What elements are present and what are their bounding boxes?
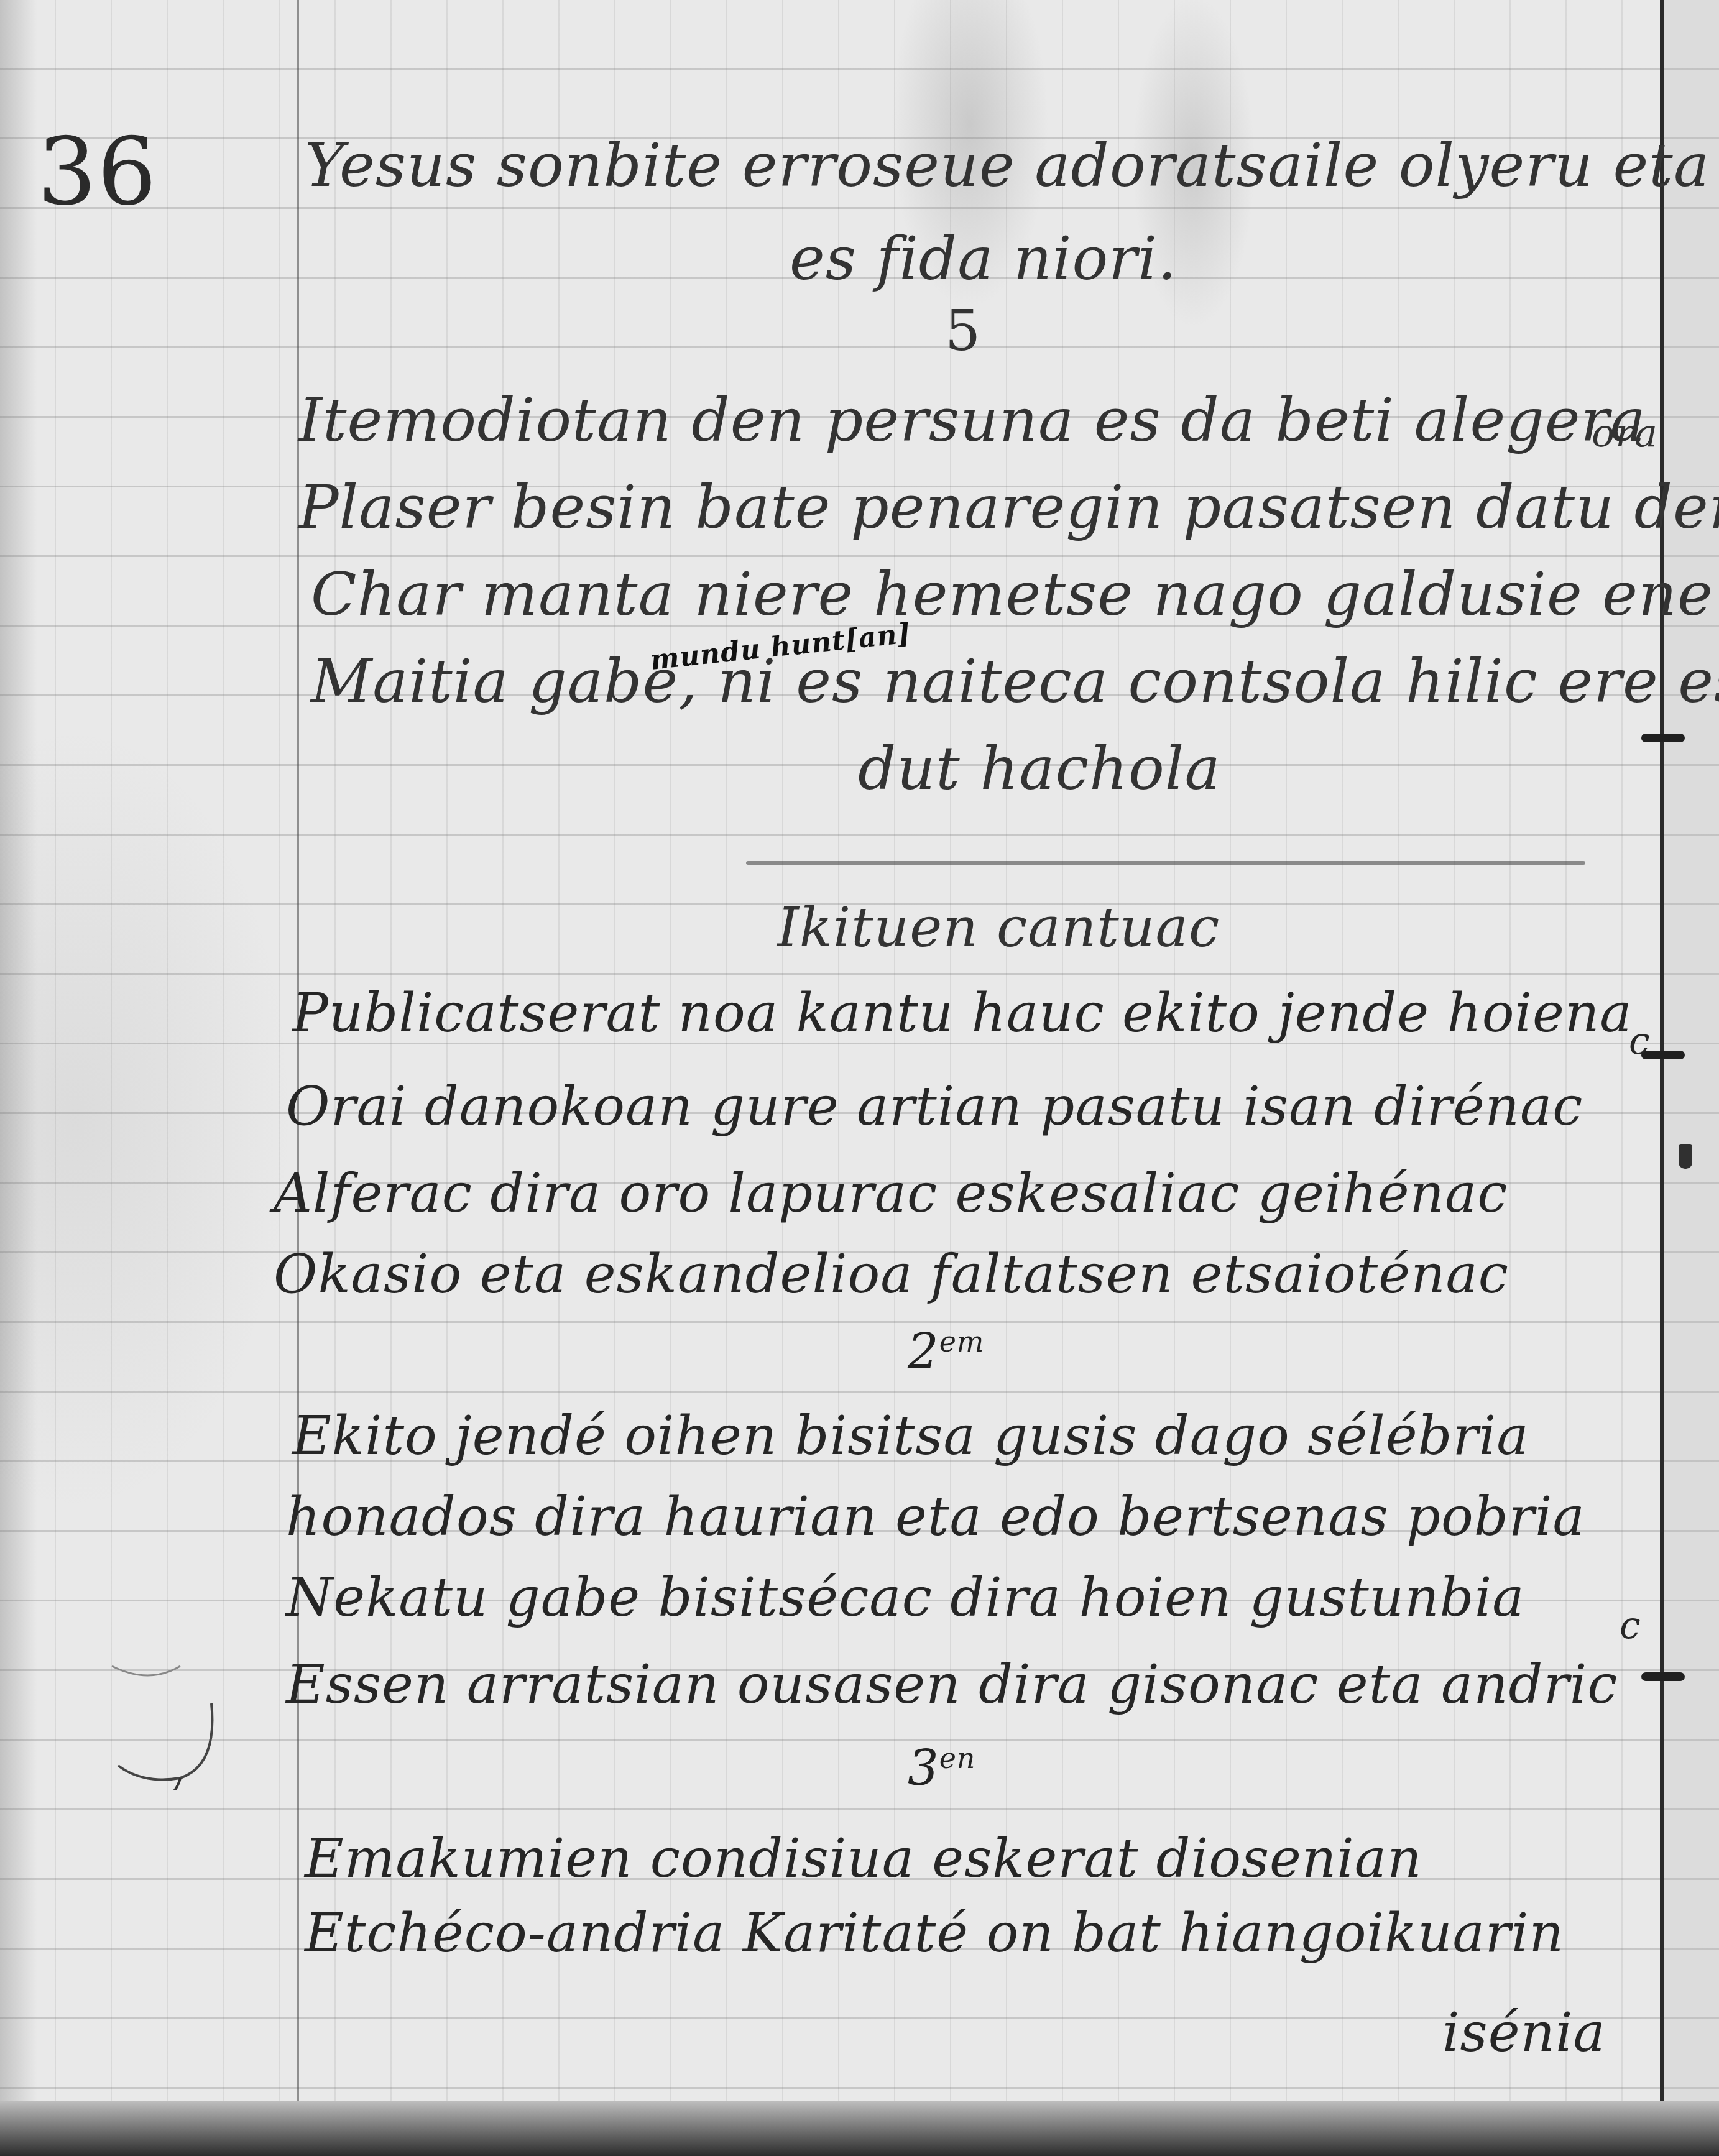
- notebook-page: 36 Yesus sonbite erroseue adoratsaile ol…: [0, 0, 1719, 2156]
- song2-verse1-line-3: Alferac dira oro lapurac eskesaliac geih…: [274, 1163, 1508, 1225]
- song2-verse2-tail: c: [1620, 1604, 1641, 1647]
- song2-verse1-tail: c: [1629, 1020, 1651, 1063]
- section-divider: [746, 861, 1585, 865]
- margin-doodle-icon: [75, 1641, 224, 1790]
- verse-3-marker: 3en: [908, 1741, 976, 1797]
- song1-line-3: Char manta niere hemetse nago galdusie e…: [311, 560, 1719, 629]
- verse-3-number: 3: [908, 1741, 939, 1797]
- verse-2-marker: 2em: [908, 1324, 984, 1380]
- song2-verse3-line-1: Emakumien condisiua eskerat diosenian: [305, 1828, 1422, 1890]
- notebook-spine: [1660, 0, 1664, 2156]
- page-bottom-edge: [0, 2101, 1719, 2156]
- facing-page-edge: [1664, 0, 1719, 2156]
- verse-2-ordinal: em: [939, 1325, 985, 1358]
- song2-verse1-line-2: Orai danokoan gure artian pasatu isan di…: [286, 1076, 1583, 1138]
- song1-line-5: dut hachola: [858, 734, 1221, 803]
- song2-verse1-line-4: Okasio eta eskandelioa faltatsen etsaiot…: [274, 1243, 1509, 1306]
- stanza-number: 5: [945, 298, 981, 364]
- song2-verse2-line-4: Essen arratsian ousasen dira gisonac eta…: [286, 1654, 1618, 1716]
- binding-stitch: [1641, 1672, 1685, 1681]
- song1-title-line2: es fida niori.: [790, 224, 1177, 293]
- page-number: 36: [37, 118, 157, 226]
- verse-3-ordinal: en: [939, 1741, 976, 1775]
- binding-stitch: [1641, 734, 1685, 742]
- song1-line-2: Plaser besin bate penaregin pasatsen dat…: [298, 472, 1719, 542]
- song2-verse3-line-3: isénia: [1442, 2002, 1606, 2064]
- song2-verse2-line-2: honados dira haurian eta edo bertsenas p…: [286, 1486, 1585, 1548]
- song1-line-1: Itemodiotan den persuna es da beti alege…: [298, 385, 1646, 455]
- song2-verse2-line-1: Ekito jendé oihen bisitsa gusis dago sél…: [292, 1405, 1529, 1467]
- margin-note-right: ora: [1592, 410, 1658, 456]
- song2-verse2-line-3: Nekatu gabe bisitsécac dira hoien gustun…: [286, 1567, 1524, 1629]
- song2-title: Ikituen cantuac: [777, 895, 1220, 959]
- song1-line-4: Maitia gabe, ni es naiteca contsola hili…: [311, 647, 1719, 716]
- song1-title-line1: Yesus sonbite erroseue adoratsaile olyer…: [305, 131, 1710, 200]
- song2-verse1-line-1: Publicatserat noa kantu hauc ekito jende…: [292, 982, 1633, 1044]
- verse-2-number: 2: [908, 1324, 939, 1380]
- ink-blot: [1679, 1144, 1692, 1169]
- song2-verse3-line-2: Etchéco-andria Karitaté on bat hiangoiku…: [305, 1902, 1564, 1965]
